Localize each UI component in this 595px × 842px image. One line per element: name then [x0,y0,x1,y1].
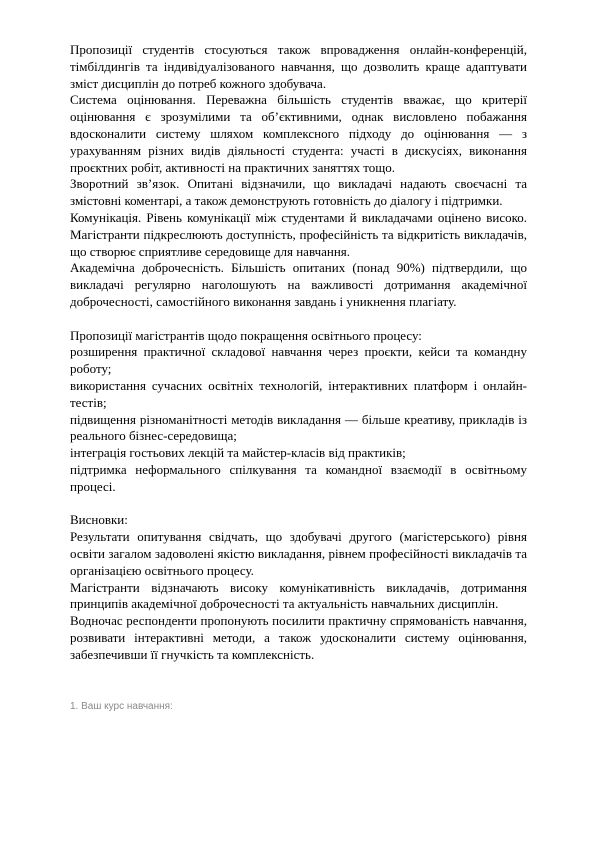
paragraph-grading-system: Система оцінювання. Переважна більшість … [70,92,527,176]
paragraph-academic-integrity: Академічна доброчесність. Більшість опит… [70,260,527,310]
proposal-item-technologies: використання сучасних освітніх технологі… [70,378,527,412]
blank-line [70,496,527,513]
conclusion-paragraph-recommendations: Водночас респонденти пропонують посилити… [70,613,527,663]
proposal-item-teaching-methods: підвищення різноманітності методів викла… [70,412,527,446]
proposal-item-practical: розширення практичної складової навчання… [70,344,527,378]
document-page: Пропозиції студентів стосуються також вп… [0,0,595,842]
proposal-item-informal-communication: підтримка неформального спілкування та к… [70,462,527,496]
proposal-item-guest-lectures: інтеграція гостьових лекцій та майстер-к… [70,445,527,462]
paragraph-suggestions-students: Пропозиції студентів стосуються також вп… [70,42,527,92]
section-gap [70,663,527,700]
blank-line [70,311,527,328]
proposals-heading: Пропозиції магістрантів щодо покращення … [70,328,527,345]
conclusion-paragraph-communication: Магістранти відзначають високу комунікат… [70,580,527,614]
paragraph-feedback: Зворотний зв’язок. Опитані відзначили, щ… [70,176,527,210]
conclusions-heading: Висновки: [70,512,527,529]
paragraph-communication: Комунікація. Рівень комунікації між студ… [70,210,527,260]
survey-question-label: 1. Ваш курс навчання: [70,700,527,713]
conclusion-paragraph-satisfaction: Результати опитування свідчать, що здобу… [70,529,527,579]
